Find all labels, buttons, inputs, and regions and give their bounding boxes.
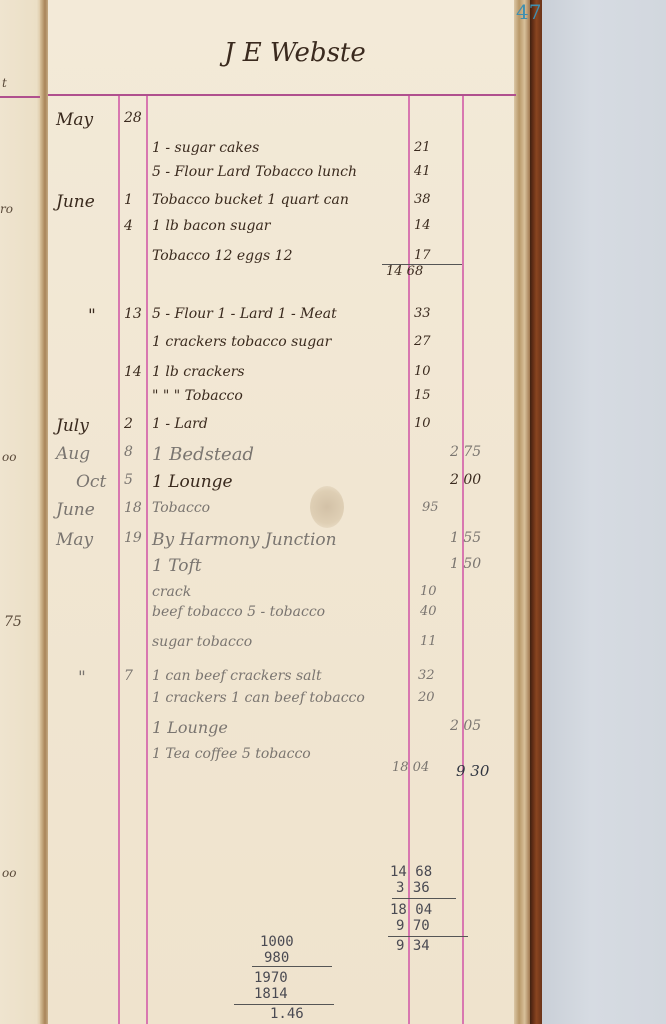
background-surface (540, 0, 666, 1024)
page-edge (512, 0, 530, 1024)
entry-month: May (56, 530, 93, 550)
entry-description: 1 Bedstead (152, 444, 254, 465)
account-title: J E Webste (224, 38, 366, 68)
margin-note: ro (0, 202, 13, 216)
margin-note: oo (2, 450, 16, 464)
entry-amount: 41 (414, 164, 431, 179)
ledger-row: 1 Tea coffee 5 tobacco 18 04 9 30 (48, 746, 514, 770)
margin-note: 75 (4, 614, 22, 630)
entry-amount: 14 (414, 218, 431, 233)
entry-month: June (56, 500, 95, 520)
entry-description: 5 - Flour Lard Tobacco lunch (152, 164, 357, 180)
ledger-row: June 18 Tobacco 95 (48, 500, 514, 524)
calc-line: 980 (264, 950, 289, 966)
calc-line: 18 04 (390, 902, 432, 918)
entry-amount: 10 (414, 416, 431, 431)
entry-amount: 21 (414, 140, 431, 155)
calc-line: 1814 (254, 986, 288, 1002)
entry-amount: 95 (422, 500, 439, 515)
ledger-row: 1 crackers tobacco sugar 27 (48, 334, 514, 358)
entry-amount: 18 04 (392, 760, 429, 775)
ledger-row: Oct 5 1 Lounge 2 00 (48, 472, 514, 496)
ledger-row: beef tobacco 5 - tobacco 40 (48, 604, 514, 628)
entry-amount: 40 (420, 604, 437, 619)
entry-description: beef tobacco 5 - tobacco (152, 604, 325, 620)
entry-description: 1 - sugar cakes (152, 140, 259, 156)
entry-day: 4 (124, 218, 133, 234)
ledger-row: " 7 1 can beef crackers salt 32 (48, 668, 514, 692)
entry-description: 1 can beef crackers salt (152, 668, 322, 684)
entry-description: Tobacco (152, 500, 210, 516)
entry-month: Aug (56, 444, 90, 464)
ledger-row-subtotal: 14 68 (48, 264, 514, 288)
ledger-row: " 13 5 - Flour 1 - Lard 1 - Meat 33 (48, 306, 514, 330)
book-spine (528, 0, 542, 1024)
entry-day: 1 (124, 192, 133, 208)
entry-dollar-amount: 1 55 (450, 530, 481, 546)
entry-amount: 10 (420, 584, 437, 599)
calc-line: 1.46 (270, 1006, 304, 1022)
calc-line: 1970 (254, 970, 288, 986)
margin-note: t (2, 76, 7, 90)
entry-description: 1 Lounge (152, 718, 228, 737)
calc-rule (234, 1004, 334, 1005)
entry-description: 5 - Flour 1 - Lard 1 - Meat (152, 306, 337, 322)
entry-month: " (88, 306, 96, 326)
entry-amount: 17 (414, 248, 431, 263)
entry-dollar-amount: 2 00 (450, 472, 481, 488)
entry-description: sugar tobacco (152, 634, 252, 650)
ledger-row: Aug 8 1 Bedstead 2 75 (48, 444, 514, 468)
calc-line: 1000 (260, 934, 294, 950)
ledger-row: 4 1 lb bacon sugar 14 (48, 218, 514, 242)
entry-dollar-amount: 2 05 (450, 718, 481, 734)
ledger-row: 1 crackers 1 can beef tobacco 20 (48, 690, 514, 714)
ledger-row: June 1 Tobacco bucket 1 quart can 38 (48, 192, 514, 216)
calc-line: 14 68 (390, 864, 432, 880)
subtotal-amount: 14 68 (386, 264, 423, 279)
entry-description: 1 Tea coffee 5 tobacco (152, 746, 311, 762)
ledger-row: May 28 (48, 110, 514, 134)
ledger-row: 5 - Flour Lard Tobacco lunch 41 (48, 164, 514, 188)
entry-description: " " " Tobacco (152, 388, 243, 404)
entry-amount: 32 (418, 668, 435, 683)
ledger-row: 1 Lounge 2 05 (48, 718, 514, 742)
entry-description: Tobacco bucket 1 quart can (152, 192, 349, 208)
entry-description: 1 Toft (152, 556, 202, 576)
entry-dollar-total: 9 30 (456, 762, 489, 780)
entry-description: 1 crackers tobacco sugar (152, 334, 331, 350)
entry-description: 1 - Lard (152, 416, 208, 432)
entry-month: Oct (76, 472, 106, 492)
entry-amount: 15 (414, 388, 431, 403)
calc-line: 9 70 (396, 918, 430, 934)
entry-day: 7 (124, 668, 133, 684)
margin-note: oo (2, 866, 16, 880)
ledger-row: sugar tobacco 11 (48, 634, 514, 658)
entry-dollar-amount: 2 75 (450, 444, 481, 460)
ledger-row: 14 1 lb crackers 10 (48, 364, 514, 388)
entry-amount: 11 (420, 634, 437, 649)
entry-description: crack (152, 584, 191, 600)
entry-amount: 10 (414, 364, 431, 379)
entry-month: July (56, 416, 89, 436)
entry-amount: 33 (414, 306, 431, 321)
entry-description: Tobacco 12 eggs 12 (152, 248, 292, 264)
entry-description: By Harmony Junction (152, 530, 337, 550)
entry-description: 1 lb crackers (152, 364, 245, 380)
entry-month: " (78, 668, 86, 688)
entry-day: 18 (124, 500, 142, 516)
entry-day: 19 (124, 530, 142, 546)
ledger-row: 1 - sugar cakes 21 (48, 140, 514, 164)
ledger-row: " " " Tobacco 15 (48, 388, 514, 412)
entry-day: 13 (124, 306, 142, 322)
calc-rule (392, 898, 456, 899)
page-number: 47 (516, 0, 541, 24)
ledger-row: 1 Toft 1 50 (48, 556, 514, 580)
entry-month: May (56, 110, 93, 130)
ledger-row: May 19 By Harmony Junction 1 55 (48, 530, 514, 554)
entry-day: 8 (124, 444, 133, 460)
calc-rule (252, 966, 332, 967)
entry-day: 28 (124, 110, 142, 126)
entry-day: 14 (124, 364, 142, 380)
entry-dollar-amount: 1 50 (450, 556, 481, 572)
entry-description: 1 crackers 1 can beef tobacco (152, 690, 365, 706)
entry-month: June (56, 192, 95, 212)
entry-amount: 20 (418, 690, 435, 705)
entry-description: 1 Lounge (152, 472, 233, 492)
entry-description: 1 lb bacon sugar (152, 218, 271, 234)
ledger-page: 47 J E Webste May 28 1 - sugar cakes 21 … (48, 0, 514, 1024)
calc-line: 3 36 (396, 880, 430, 896)
calc-rule (388, 936, 468, 937)
entry-day: 2 (124, 416, 133, 432)
entry-day: 5 (124, 472, 133, 488)
ledger-row: July 2 1 - Lard 10 (48, 416, 514, 440)
entry-amount: 27 (414, 334, 431, 349)
calc-line: 9 34 (396, 938, 430, 954)
entry-amount: 38 (414, 192, 431, 207)
